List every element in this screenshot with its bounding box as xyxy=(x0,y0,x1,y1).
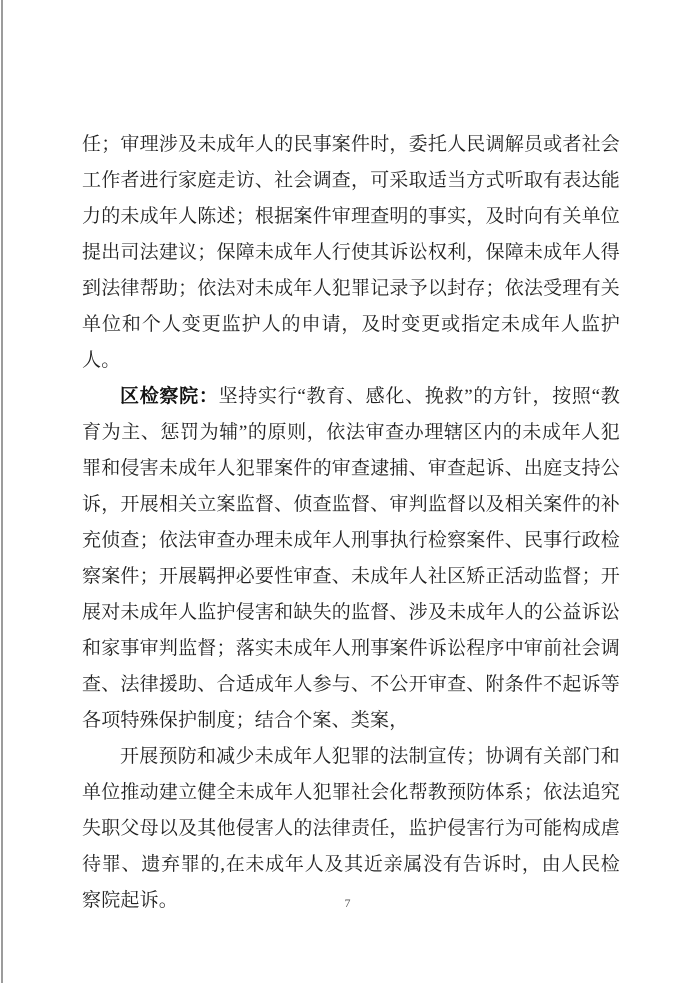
bold-lead-text: 区检察院： xyxy=(120,386,219,407)
paragraph: 任；审理涉及未成年人的民事案件时，委托人民调解员或者社会工作者进行家庭走访、社会… xyxy=(82,127,620,379)
document-page: 任；审理涉及未成年人的民事案件时，委托人民调解员或者社会工作者进行家庭走访、社会… xyxy=(0,0,695,983)
paragraph-text: 开展预防和减少未成年人犯罪的法制宣传；协调有关部门和单位推动建立健全未成年人犯罪… xyxy=(82,746,620,911)
document-body: 任；审理涉及未成年人的民事案件时，委托人民调解员或者社会工作者进行家庭走访、社会… xyxy=(82,127,620,919)
page-left-edge-line xyxy=(1,0,3,983)
page-number: 7 xyxy=(0,895,695,911)
paragraph: 开展预防和减少未成年人犯罪的法制宣传；协调有关部门和单位推动建立健全未成年人犯罪… xyxy=(82,739,620,919)
paragraph-text: 任；审理涉及未成年人的民事案件时，委托人民调解员或者社会工作者进行家庭走访、社会… xyxy=(82,134,620,371)
paragraph: 区检察院：坚持实行“教育、感化、挽救”的方针，按照“教育为主、惩罚为辅”的原则，… xyxy=(82,379,620,739)
paragraph-text: 坚持实行“教育、感化、挽救”的方针，按照“教育为主、惩罚为辅”的原则，依法审查办… xyxy=(82,386,620,731)
